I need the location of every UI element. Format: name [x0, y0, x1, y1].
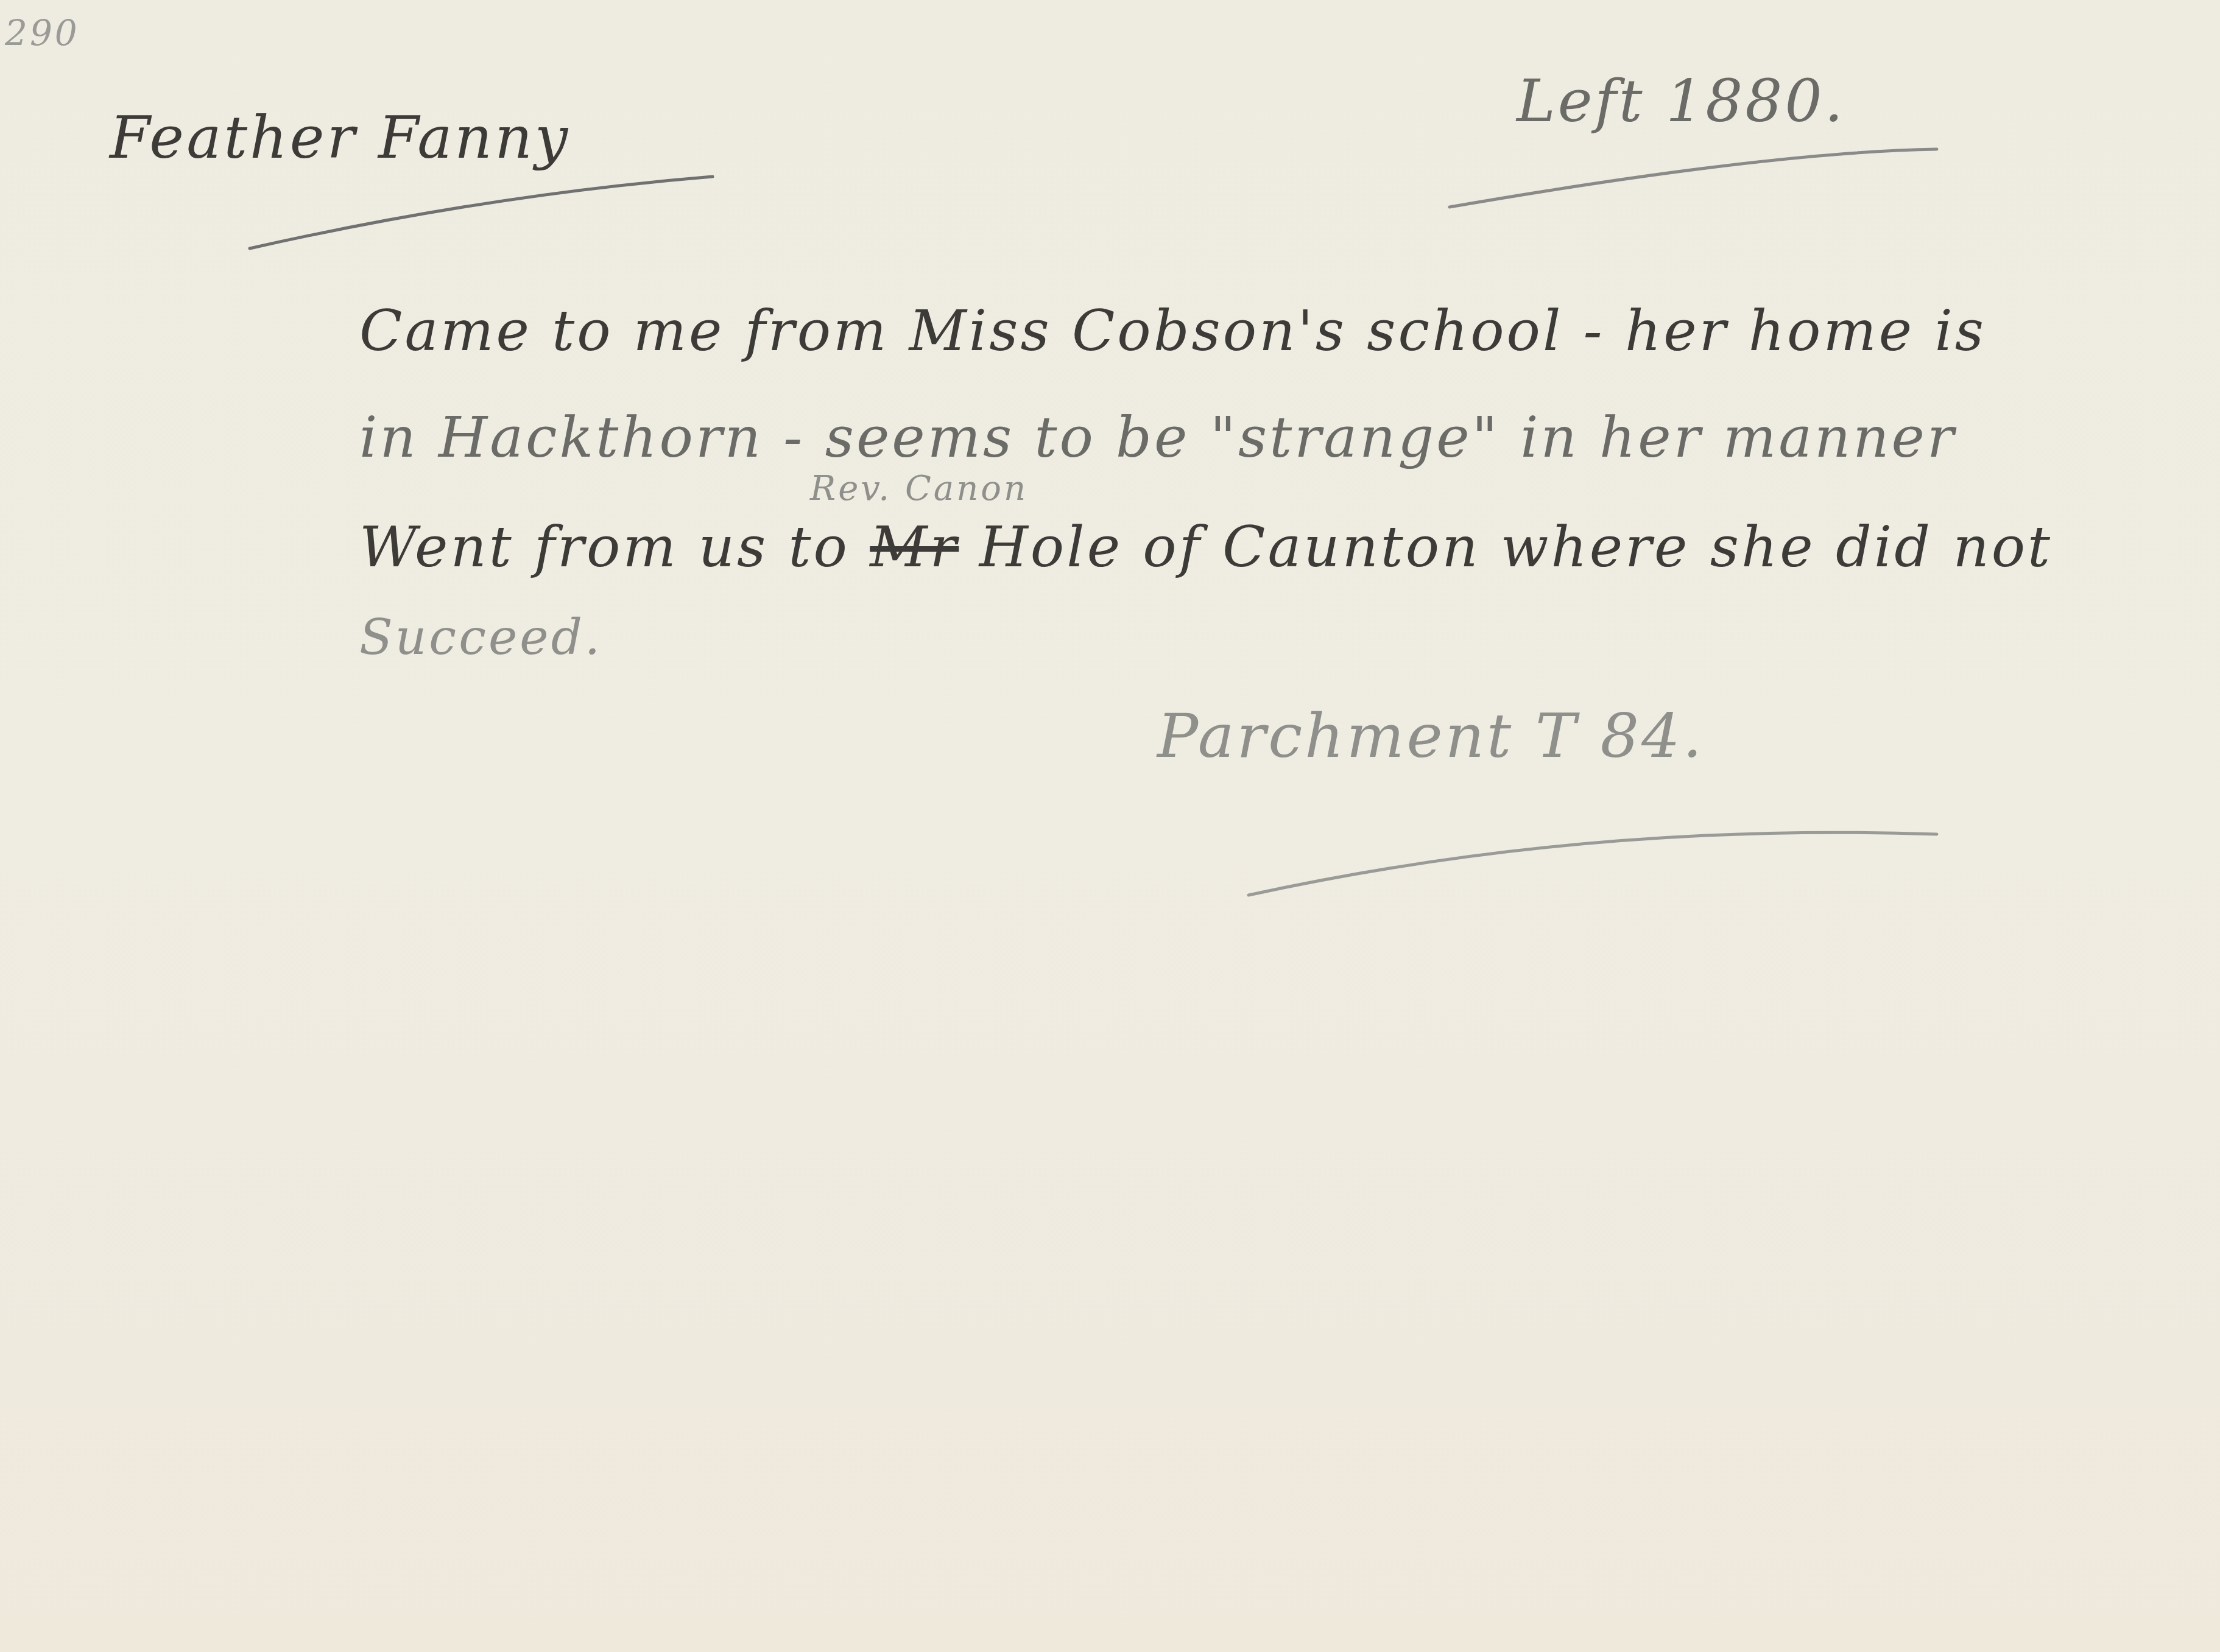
- left-date: Left 1880.: [1517, 67, 1845, 135]
- insertion-above-line: Rev. Canon: [810, 469, 1028, 508]
- manuscript-page: 290 Feather Fanny Left 1880. Came to me …: [0, 0, 2220, 1652]
- line3-start: Went from us to: [359, 515, 850, 580]
- entry-name: Feather Fanny: [110, 104, 570, 172]
- underline-flourish-name: [250, 177, 713, 248]
- line3-rest: Hole of Caunton where she did not: [979, 515, 2053, 580]
- body-line-2: in Hackthorn - seems to be "strange" in …: [359, 405, 1956, 470]
- body-line-3: Went from us to Mr Hole of Caunton where…: [359, 515, 2053, 580]
- body-line-4: Succeed.: [359, 609, 602, 666]
- underline-flourish-signature: [1249, 832, 1937, 895]
- underline-flourish-date: [1450, 149, 1937, 207]
- folio-number: 290: [5, 12, 80, 54]
- signature-note: Parchment T 84.: [1157, 700, 1705, 772]
- body-line-1: Came to me from Miss Cobson's school - h…: [359, 298, 1986, 364]
- decorative-flourishes: [0, 0, 2220, 1652]
- struck-text: Mr: [870, 515, 959, 580]
